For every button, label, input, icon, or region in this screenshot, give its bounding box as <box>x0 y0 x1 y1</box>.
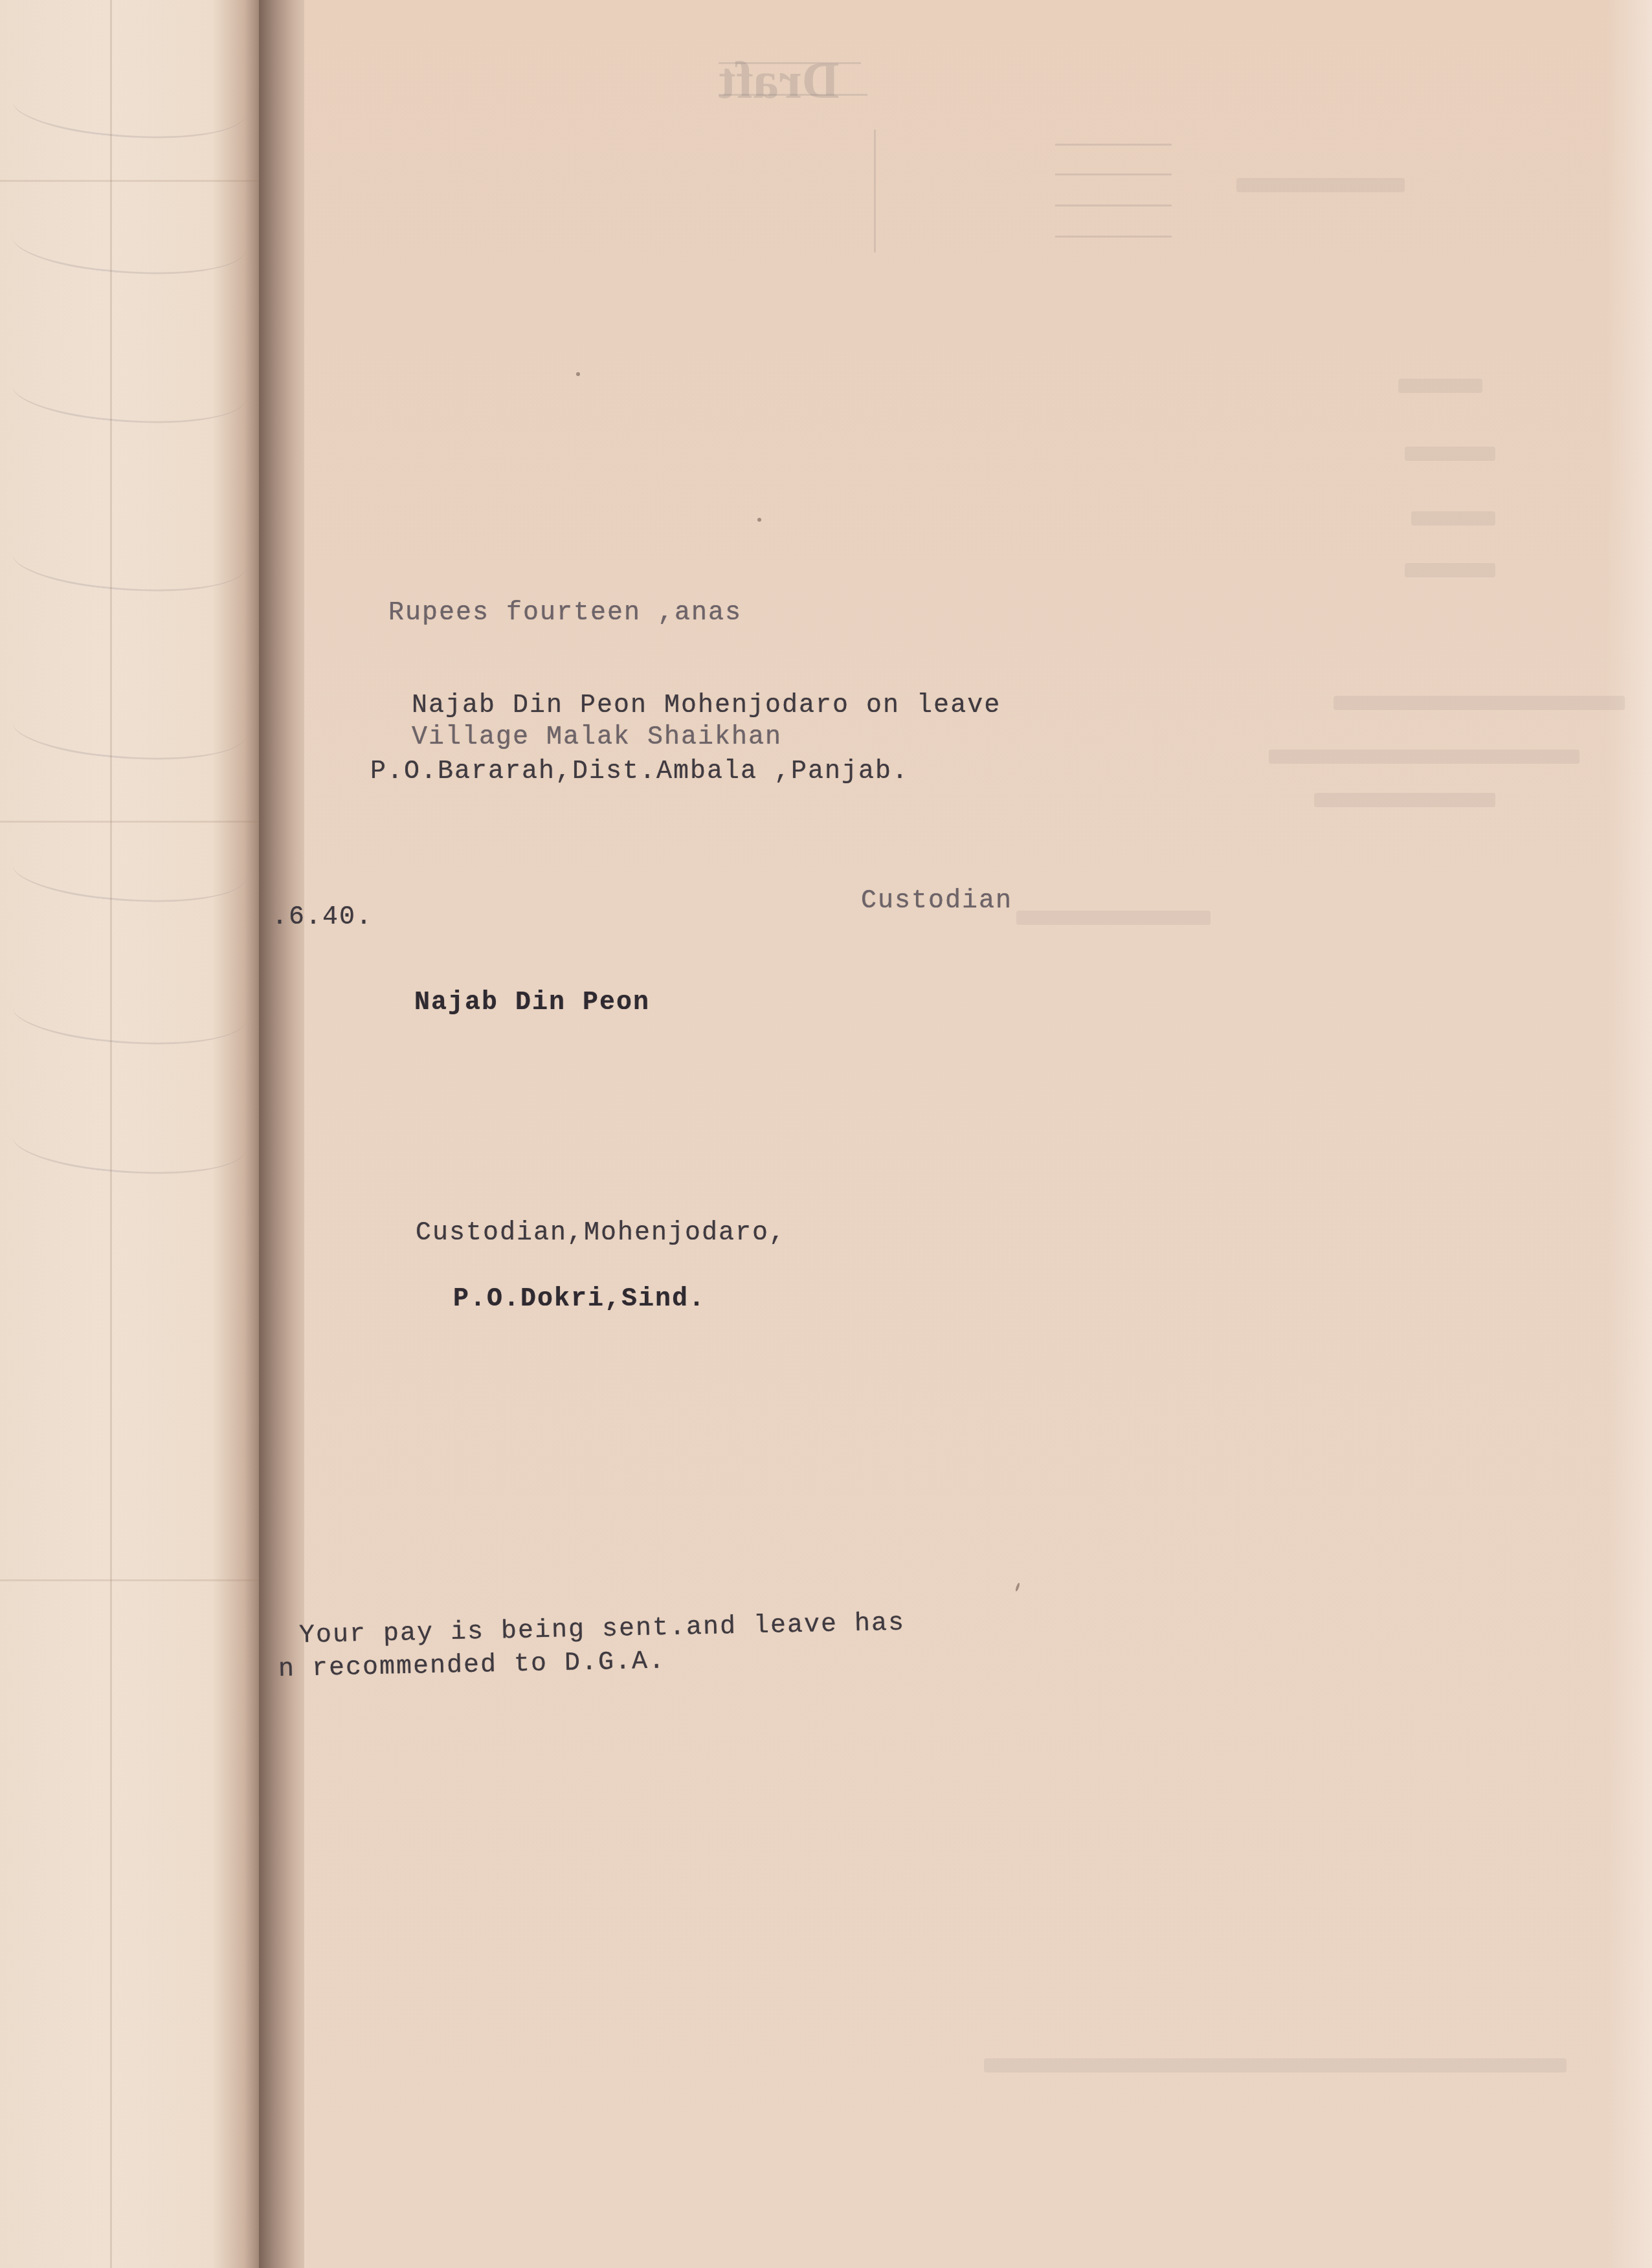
form-rule <box>1055 144 1172 146</box>
date: .6.40. <box>272 903 373 932</box>
addressee-line-2: Village Malak Shaikhan <box>412 723 782 752</box>
previous-page-edge <box>0 0 265 2268</box>
showthrough-text <box>1405 563 1495 577</box>
form-rule <box>1055 236 1172 238</box>
form-rule <box>874 129 876 252</box>
showthrough-text <box>1405 447 1495 461</box>
sender-designation: Custodian <box>861 887 1012 916</box>
form-rule <box>1055 173 1172 175</box>
faint-handwriting <box>10 350 249 434</box>
paper-speck <box>1015 1583 1021 1592</box>
faint-handwriting <box>10 518 249 603</box>
showthrough-text <box>984 2058 1567 2073</box>
form-rule <box>719 62 861 64</box>
fold-crease <box>0 1579 265 1581</box>
page-edge-highlight <box>1607 0 1652 2268</box>
fold-crease <box>0 821 265 823</box>
sender-address-line-1: Custodian,Mohenjodaro, <box>416 1219 786 1248</box>
faint-handwriting <box>10 829 249 913</box>
payee-name: Najab Din Peon <box>414 988 650 1017</box>
faint-handwriting <box>10 972 249 1056</box>
sender-address-line-2: P.O.Dokri,Sind. <box>453 1285 706 1314</box>
showthrough-text <box>1016 911 1211 925</box>
binding-gutter-shadow <box>259 0 311 2268</box>
showthrough-text <box>1314 793 1495 807</box>
showthrough-text <box>1269 750 1579 764</box>
showthrough-text <box>1398 379 1482 393</box>
paper-speck <box>576 372 580 376</box>
showthrough-text <box>1411 511 1495 526</box>
faint-handwriting <box>10 65 249 150</box>
paper-speck <box>757 518 761 522</box>
faint-handwriting <box>10 1101 249 1185</box>
faint-handwriting <box>10 687 249 771</box>
form-rule <box>1055 205 1172 206</box>
form-rule <box>719 94 867 96</box>
faint-handwriting <box>10 201 249 285</box>
amount-line: Rupees fourteen ,anas <box>388 599 742 628</box>
addressee-line-3: P.O.Bararah,Dist.Ambala ,Panjab. <box>370 757 909 786</box>
showthrough-text <box>1334 696 1625 710</box>
document-page: Draft <box>304 0 1652 2268</box>
showthrough-text <box>1236 178 1405 192</box>
form-header-showthrough: Draft <box>719 52 840 111</box>
fold-crease <box>0 180 265 182</box>
addressee-line-1: Najab Din Peon Mohenjodaro on leave <box>412 691 1001 720</box>
